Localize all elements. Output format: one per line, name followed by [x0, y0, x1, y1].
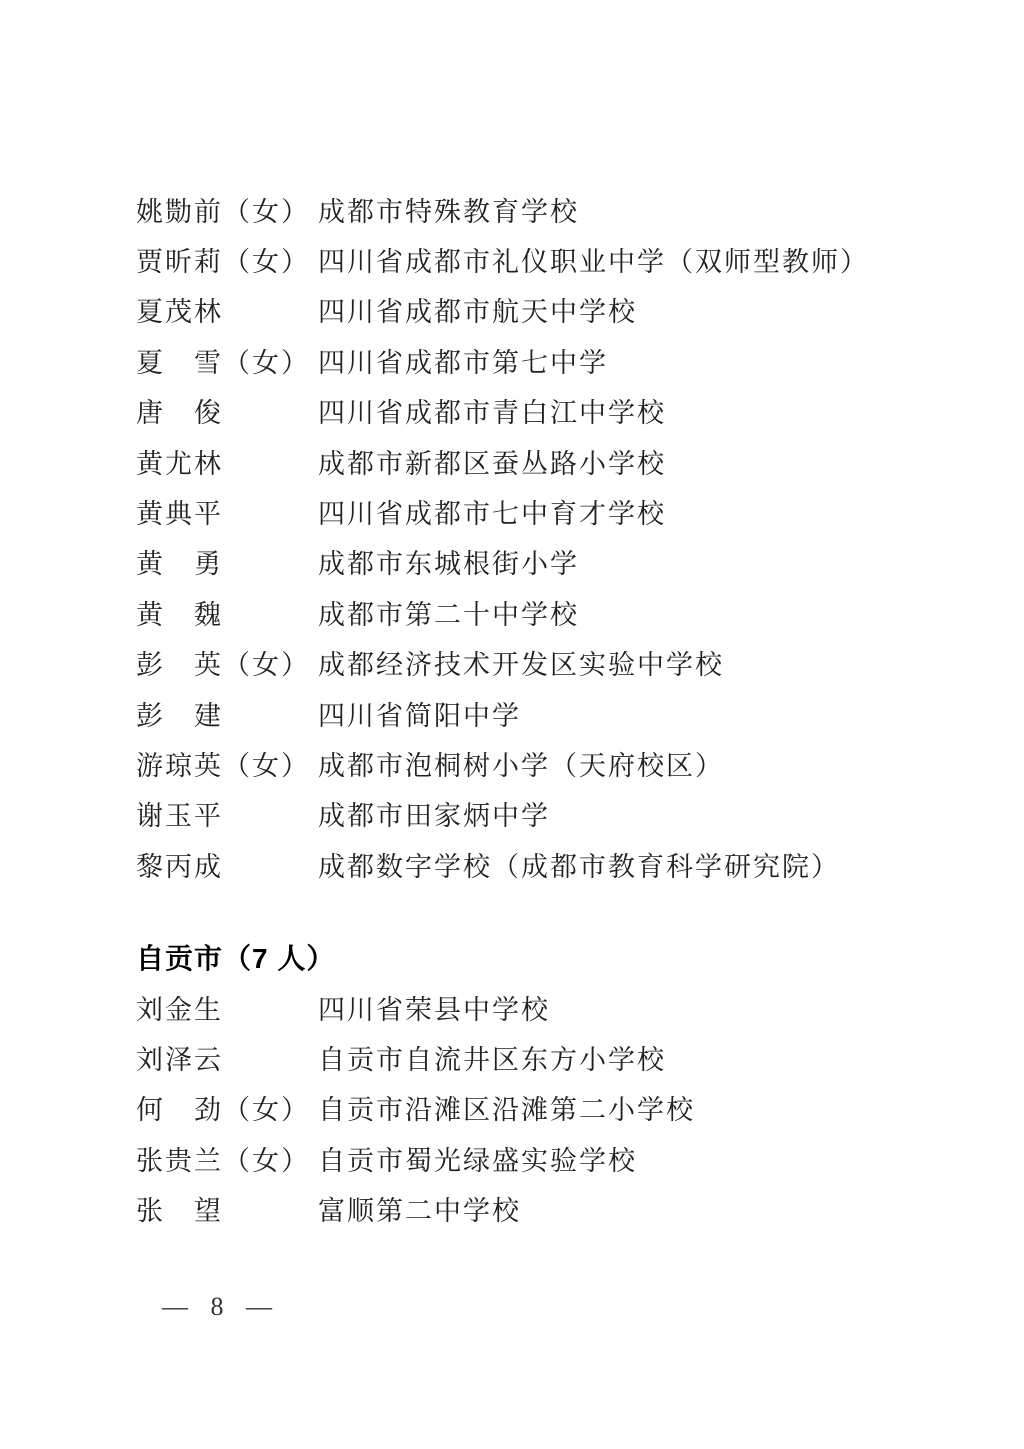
- table-row: 刘泽云 自贡市自流井区东方小学校: [136, 1032, 964, 1082]
- school-name: 富顺第二中学校: [318, 1189, 964, 1228]
- table-row: 黄 勇 成都市东城根街小学: [136, 537, 964, 587]
- school-name: 成都市新都区蚕丛路小学校: [318, 442, 964, 481]
- teacher-name: 谢玉平: [136, 794, 318, 833]
- table-row: 彭 英（女） 成都经济技术开发区实验中学校: [136, 638, 964, 688]
- table-row: 姚勚前（女） 成都市特殊教育学校: [136, 184, 964, 234]
- section-header-zigong: 自贡市（7 人）: [136, 931, 964, 981]
- school-name: 四川省成都市航天中学校: [318, 290, 964, 329]
- teacher-name: 夏茂林: [136, 290, 318, 329]
- school-name: 四川省成都市第七中学: [318, 341, 964, 380]
- table-row: 彭 建 四川省简阳中学: [136, 688, 964, 738]
- teacher-name: 彭 英（女）: [136, 643, 318, 682]
- teacher-name: 夏 雪（女）: [136, 341, 318, 380]
- table-row: 游琼英（女） 成都市泡桐树小学（天府校区）: [136, 738, 964, 788]
- school-name: 成都市田家炳中学: [318, 794, 964, 833]
- teacher-name: 姚勚前（女）: [136, 190, 318, 229]
- teacher-name: 黄 勇: [136, 542, 318, 581]
- school-name: 成都市泡桐树小学（天府校区）: [318, 744, 964, 783]
- teacher-name: 游琼英（女）: [136, 744, 318, 783]
- teacher-name: 黄尤林: [136, 442, 318, 481]
- teacher-name: 刘泽云: [136, 1038, 318, 1077]
- school-name: 自贡市自流井区东方小学校: [318, 1038, 964, 1077]
- school-name: 成都经济技术开发区实验中学校: [318, 643, 964, 682]
- school-name: 四川省成都市七中育才学校: [318, 492, 964, 531]
- section-header-label: 自贡市（7 人）: [136, 937, 335, 977]
- school-name: 成都数字学校（成都市教育科学研究院）: [318, 845, 964, 884]
- teacher-name: 彭 建: [136, 694, 318, 733]
- table-row: 黄 魏 成都市第二十中学校: [136, 587, 964, 637]
- table-row: 谢玉平 成都市田家炳中学: [136, 789, 964, 839]
- name-school-list: 姚勚前（女） 成都市特殊教育学校 贾昕莉（女） 四川省成都市礼仪职业中学（双师型…: [136, 184, 964, 1234]
- table-row: 黎丙成 成都数字学校（成都市教育科学研究院）: [136, 839, 964, 889]
- teacher-name: 黄典平: [136, 492, 318, 531]
- table-row: 张 望 富顺第二中学校: [136, 1183, 964, 1233]
- school-name: 成都市东城根街小学: [318, 542, 964, 581]
- teacher-name: 黄 魏: [136, 593, 318, 632]
- table-row: 何 劲（女） 自贡市沿滩区沿滩第二小学校: [136, 1083, 964, 1133]
- school-name: 四川省荣县中学校: [318, 988, 964, 1027]
- teacher-name: 贾昕莉（女）: [136, 240, 318, 279]
- school-name: 四川省简阳中学: [318, 694, 964, 733]
- document-page: 姚勚前（女） 成都市特殊教育学校 贾昕莉（女） 四川省成都市礼仪职业中学（双师型…: [0, 0, 1024, 1449]
- table-row: 唐 俊 四川省成都市青白江中学校: [136, 386, 964, 436]
- teacher-name: 何 劲（女）: [136, 1088, 318, 1127]
- table-row: 张贵兰（女） 自贡市蜀光绿盛实验学校: [136, 1133, 964, 1183]
- school-name: 成都市特殊教育学校: [318, 190, 964, 229]
- teacher-name: 黎丙成: [136, 845, 318, 884]
- teacher-name: 唐 俊: [136, 391, 318, 430]
- table-row: 贾昕莉（女） 四川省成都市礼仪职业中学（双师型教师）: [136, 234, 964, 284]
- school-name: 自贡市沿滩区沿滩第二小学校: [318, 1088, 964, 1127]
- school-name: 成都市第二十中学校: [318, 593, 964, 632]
- table-row: 夏茂林 四川省成都市航天中学校: [136, 285, 964, 335]
- table-row: 黄尤林 成都市新都区蚕丛路小学校: [136, 436, 964, 486]
- table-row: 刘金生 四川省荣县中学校: [136, 982, 964, 1032]
- school-name: 自贡市蜀光绿盛实验学校: [318, 1139, 964, 1178]
- table-row: 黄典平 四川省成都市七中育才学校: [136, 486, 964, 536]
- teacher-name: 张贵兰（女）: [136, 1139, 318, 1178]
- school-name: 四川省成都市青白江中学校: [318, 391, 964, 430]
- school-name: 四川省成都市礼仪职业中学（双师型教师）: [318, 240, 964, 279]
- table-row: 夏 雪（女） 四川省成都市第七中学: [136, 335, 964, 385]
- page-number: — 8 —: [162, 1292, 280, 1322]
- teacher-name: 刘金生: [136, 988, 318, 1027]
- teacher-name: 张 望: [136, 1189, 318, 1228]
